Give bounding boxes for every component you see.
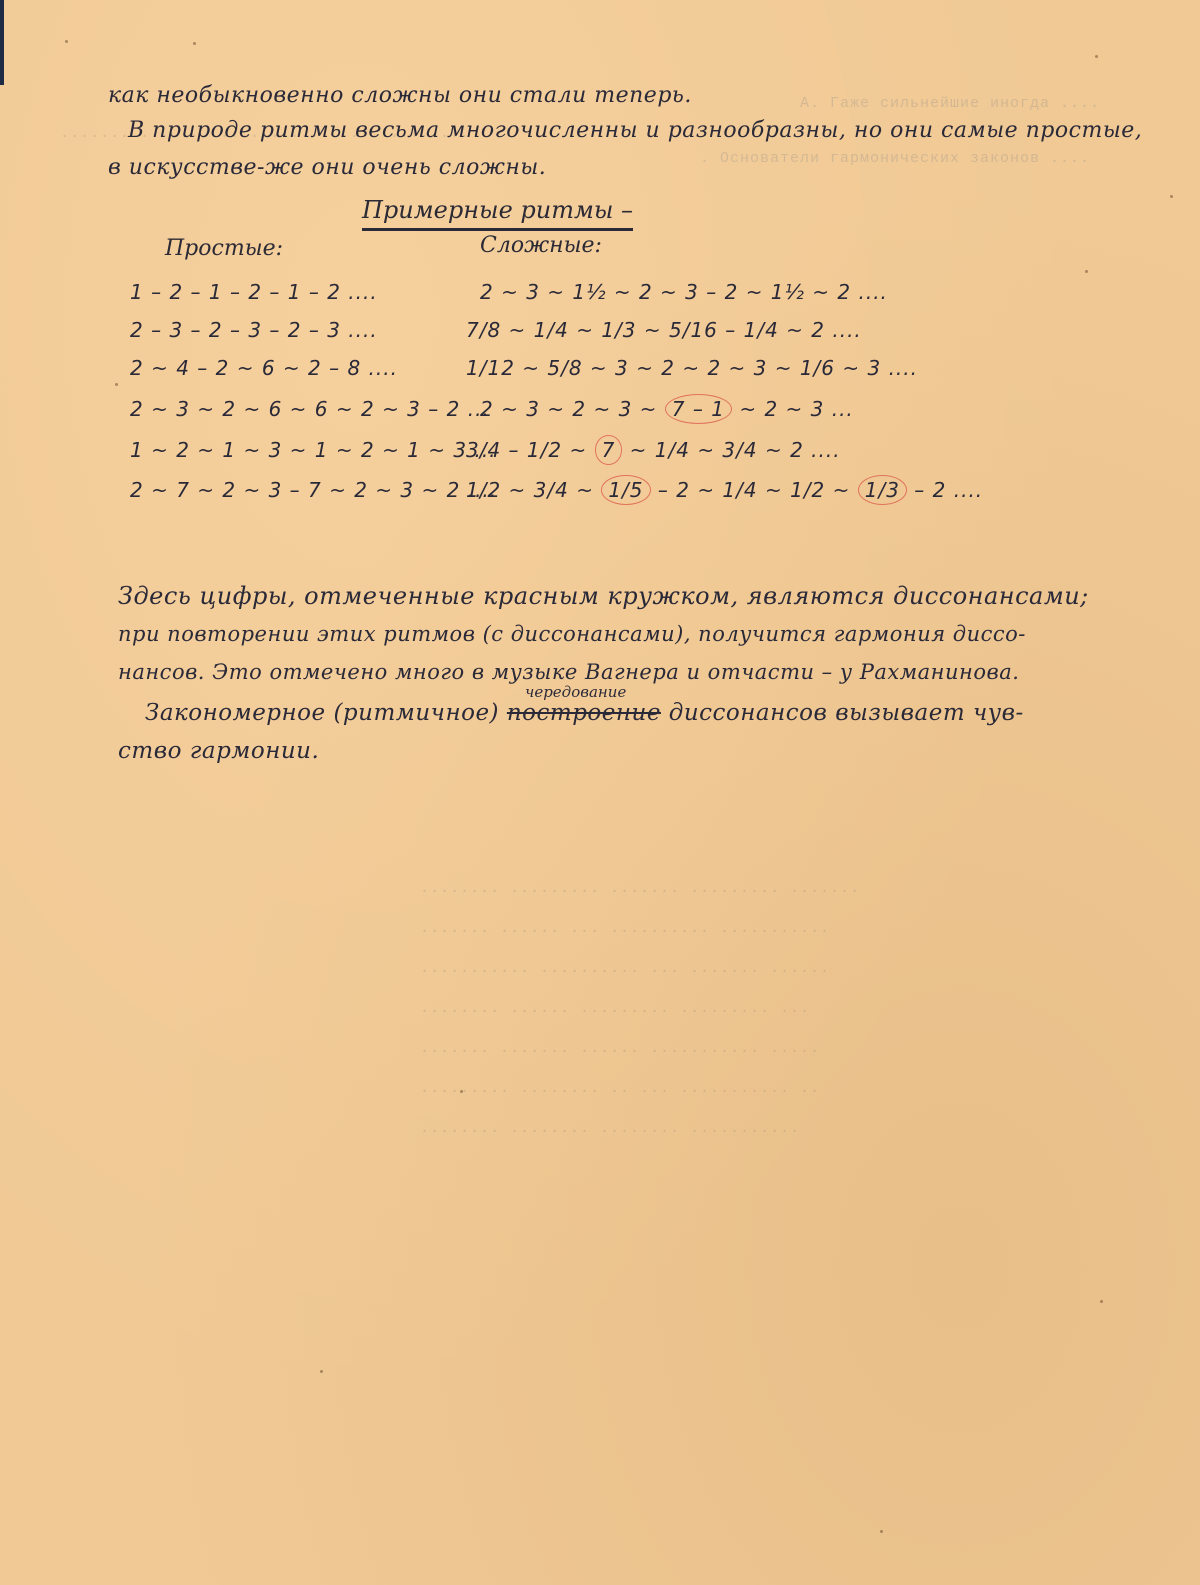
simple-rhythm-row: 2 ~ 3 ~ 2 ~ 6 ~ 6 ~ 2 ~ 3 – 2 ... [130, 397, 490, 421]
explanation-line-3: нансов. Это отмечено много в музыке Вагн… [118, 660, 1019, 684]
dissonance-circle: 7 – 1 [665, 394, 732, 424]
simple-rhythm-row: 1 ~ 2 ~ 1 ~ 3 ~ 1 ~ 2 ~ 1 ~ 3 ... [130, 438, 497, 462]
rhythm-segment: – 2 ~ 1/4 ~ 1/2 ~ [651, 478, 858, 502]
rhythm-segment: 1/2 ~ 3/4 ~ [466, 478, 601, 502]
inserted-word: чередование [525, 683, 626, 701]
line-segment: Закономерное (ритмичное) [145, 700, 499, 726]
paper-speck [880, 1530, 883, 1533]
explanation-line-1: Здесь цифры, отмеченные красным кружком,… [118, 582, 1089, 610]
rhythm-segment: ~ 2 ~ 3 ... [732, 397, 854, 421]
bleed-through-text: ......... ........ .. ... ........... .. [420, 1080, 820, 1097]
complex-rhythm-row: 2 ~ 3 ~ 2 ~ 3 ~ 7 – 1 ~ 2 ~ 3 ... [480, 397, 854, 421]
explanation-line-4: Закономерное (ритмичное) построение дисс… [145, 700, 1024, 726]
intro-line-2: В природе ритмы весьма многочисленны и р… [128, 118, 1142, 143]
complex-rhythm-row: 2 ~ 3 ~ 1½ ~ 2 ~ 3 – 2 ~ 1½ ~ 2 .... [480, 280, 888, 304]
paper-speck [1095, 55, 1098, 58]
dissonance-circle: 1/3 [858, 475, 907, 505]
explanation-line-2: при повторении этих ритмов (с диссонанса… [118, 622, 1026, 646]
rhythm-segment: 2 ~ 3 ~ 1½ ~ 2 ~ 3 – 2 ~ 1½ ~ 2 .... [480, 280, 888, 304]
rhythm-segment: 7/8 ~ 1/4 ~ 1/3 ~ 5/16 – 1/4 ~ 2 .... [466, 318, 862, 342]
paper-speck [460, 1090, 463, 1093]
intro-line-1: как необыкновенно сложны они стали тепер… [108, 83, 692, 108]
paper-speck [193, 42, 196, 45]
complex-rhythm-row: 3/4 – 1/2 ~ 7 ~ 1/4 ~ 3/4 ~ 2 .... [466, 438, 841, 462]
simple-rhythm-row: 1 – 2 – 1 – 2 – 1 – 2 .... [130, 280, 378, 304]
bleed-through-text: ........ ......... ....... ......... ...… [420, 880, 860, 897]
simple-rhythm-row: 2 ~ 7 ~ 2 ~ 3 – 7 ~ 2 ~ 3 ~ 2 .... [130, 478, 497, 502]
complex-rhythm-row: 1/12 ~ 5/8 ~ 3 ~ 2 ~ 2 ~ 3 ~ 1/6 ~ 3 ...… [466, 356, 918, 380]
simple-column-header: Простые: [165, 236, 283, 261]
rhythm-segment: 3/4 – 1/2 ~ [466, 438, 595, 462]
rhythm-segment: 1/12 ~ 5/8 ~ 3 ~ 2 ~ 2 ~ 3 ~ 1/6 ~ 3 ...… [466, 356, 918, 380]
paper-speck [115, 383, 118, 386]
paper-speck [1100, 1300, 1103, 1303]
binding-edge [0, 0, 4, 85]
dissonance-circle: 1/5 [601, 475, 650, 505]
bleed-through-text: А. Гаже сильнейшие иногда .... [800, 95, 1100, 112]
bleed-through-text: ....... ....... ...... ........... ..... [420, 1040, 820, 1057]
line-segment: диссонансов вызывает чув- [669, 700, 1024, 726]
rhythm-segment: – 2 .... [907, 478, 983, 502]
complex-rhythm-row: 1/2 ~ 3/4 ~ 1/5 – 2 ~ 1/4 ~ 1/2 ~ 1/3 – … [466, 478, 983, 502]
section-heading: Примерные ритмы – [362, 196, 633, 231]
complex-rhythm-row: 7/8 ~ 1/4 ~ 1/3 ~ 5/16 – 1/4 ~ 2 .... [466, 318, 862, 342]
bleed-through-text: ....... ...... ... .......... ..........… [420, 920, 830, 937]
rhythm-segment: 2 ~ 3 ~ 2 ~ 3 ~ [480, 397, 665, 421]
bleed-through-text: ........ ........ ........ ........... [420, 1120, 800, 1137]
dissonance-circle: 7 [595, 435, 623, 465]
bleed-through-text: ........... .......... ... ....... .....… [420, 960, 830, 977]
simple-rhythm-row: 2 – 3 – 2 – 3 – 2 – 3 .... [130, 318, 378, 342]
intro-line-3: в искусстве-же они очень сложны. [108, 155, 546, 180]
paper-speck [320, 1370, 323, 1373]
struck-word: построение [507, 700, 661, 726]
complex-column-header: Сложные: [480, 233, 602, 258]
paper-speck [1085, 270, 1088, 273]
simple-rhythm-row: 2 ~ 4 – 2 ~ 6 ~ 2 – 8 .... [130, 356, 398, 380]
rhythm-segment: ~ 1/4 ~ 3/4 ~ 2 .... [622, 438, 840, 462]
bleed-through-text: ........ ...... ......... ......... ... [420, 1000, 810, 1017]
paper-speck [65, 40, 68, 43]
explanation-line-5: ство гармонии. [118, 738, 319, 764]
paper-speck [1170, 195, 1173, 198]
bleed-through-text: . Основатели гармонических законов .... [700, 150, 1090, 167]
